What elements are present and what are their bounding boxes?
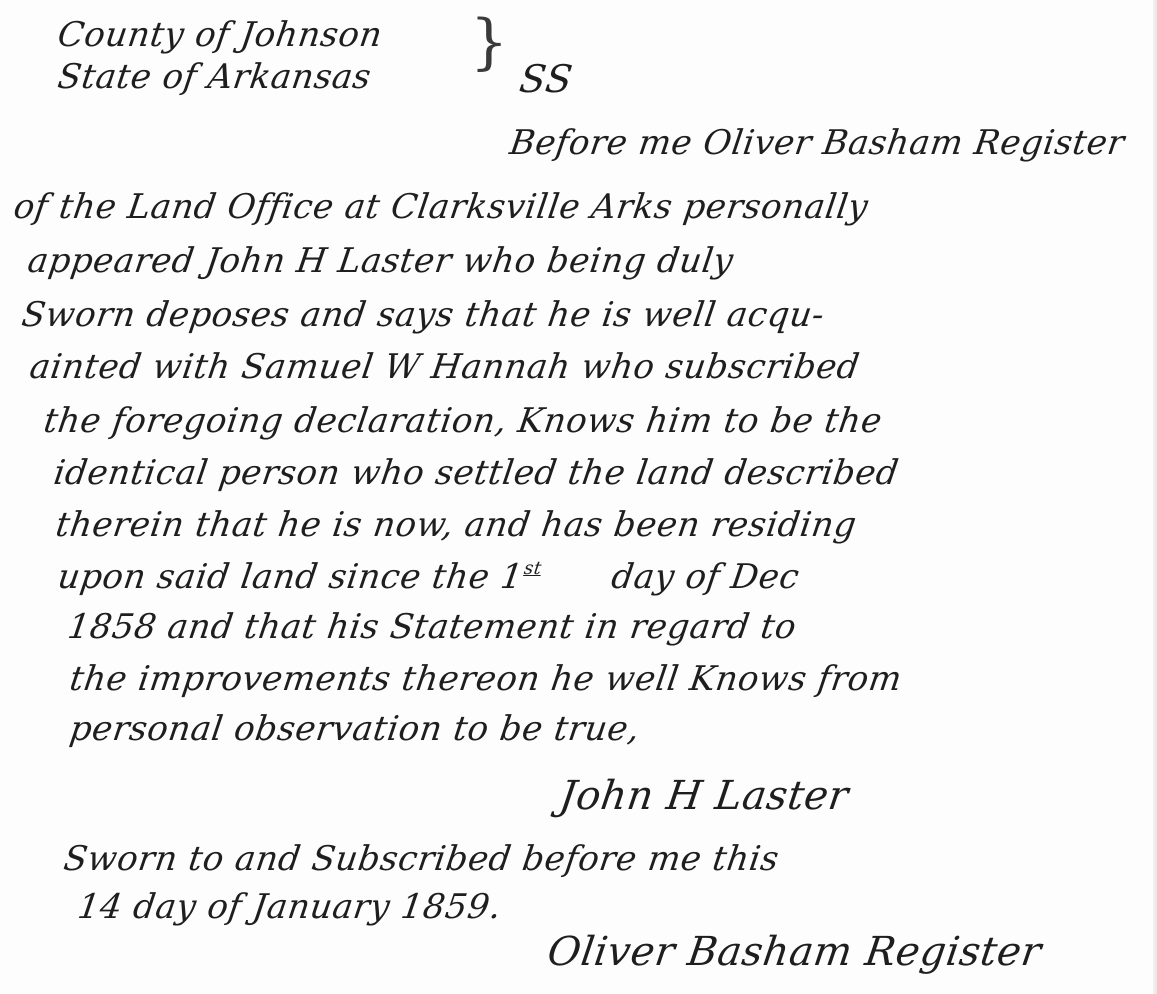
- venue-brace: }: [470, 12, 508, 72]
- venue-county: County of Johnson: [56, 18, 385, 52]
- body-line-4: Sworn deposes and says that he is well a…: [20, 298, 827, 332]
- body-line-9-text: upon said land since the 1: [55, 557, 526, 597]
- body-line-1: Before me Oliver Basham Register: [508, 126, 1127, 160]
- body-line-3: appeared John H Laster who being duly: [26, 244, 736, 278]
- venue-state: State of Arkansas: [56, 60, 374, 94]
- body-line-10: 1858 and that his Statement in regard to: [66, 610, 799, 644]
- body-line-8: therein that he is now, and has been res…: [54, 508, 859, 542]
- officer-signature: Oliver Basham Register: [545, 932, 1044, 972]
- document-page: County of Johnson State of Arkansas } SS…: [0, 0, 1157, 994]
- page-edge: [1153, 0, 1157, 994]
- body-line-6: the foregoing declaration, Knows him to …: [42, 404, 885, 438]
- jurat-line-2: 14 day of January 1859.: [76, 890, 504, 924]
- deponent-signature: John H Laster: [557, 776, 851, 816]
- body-line-9-tail: day of Dec: [609, 557, 802, 597]
- body-line-11: the improvements thereon he well Knows f…: [68, 662, 904, 696]
- body-line-7: identical person who settled the land de…: [52, 456, 901, 490]
- body-line-9: upon said land since the 1st day of Dec: [56, 560, 802, 594]
- venue-ss: SS: [517, 60, 575, 98]
- body-line-2: of the Land Office at Clarksville Arks p…: [12, 190, 871, 224]
- jurat-line-1: Sworn to and Subscribed before me this: [62, 842, 781, 876]
- body-line-5: ainted with Samuel W Hannah who subscrib…: [28, 350, 862, 384]
- ordinal-superscript: st: [523, 558, 543, 579]
- body-line-12: personal observation to be true,: [68, 712, 642, 746]
